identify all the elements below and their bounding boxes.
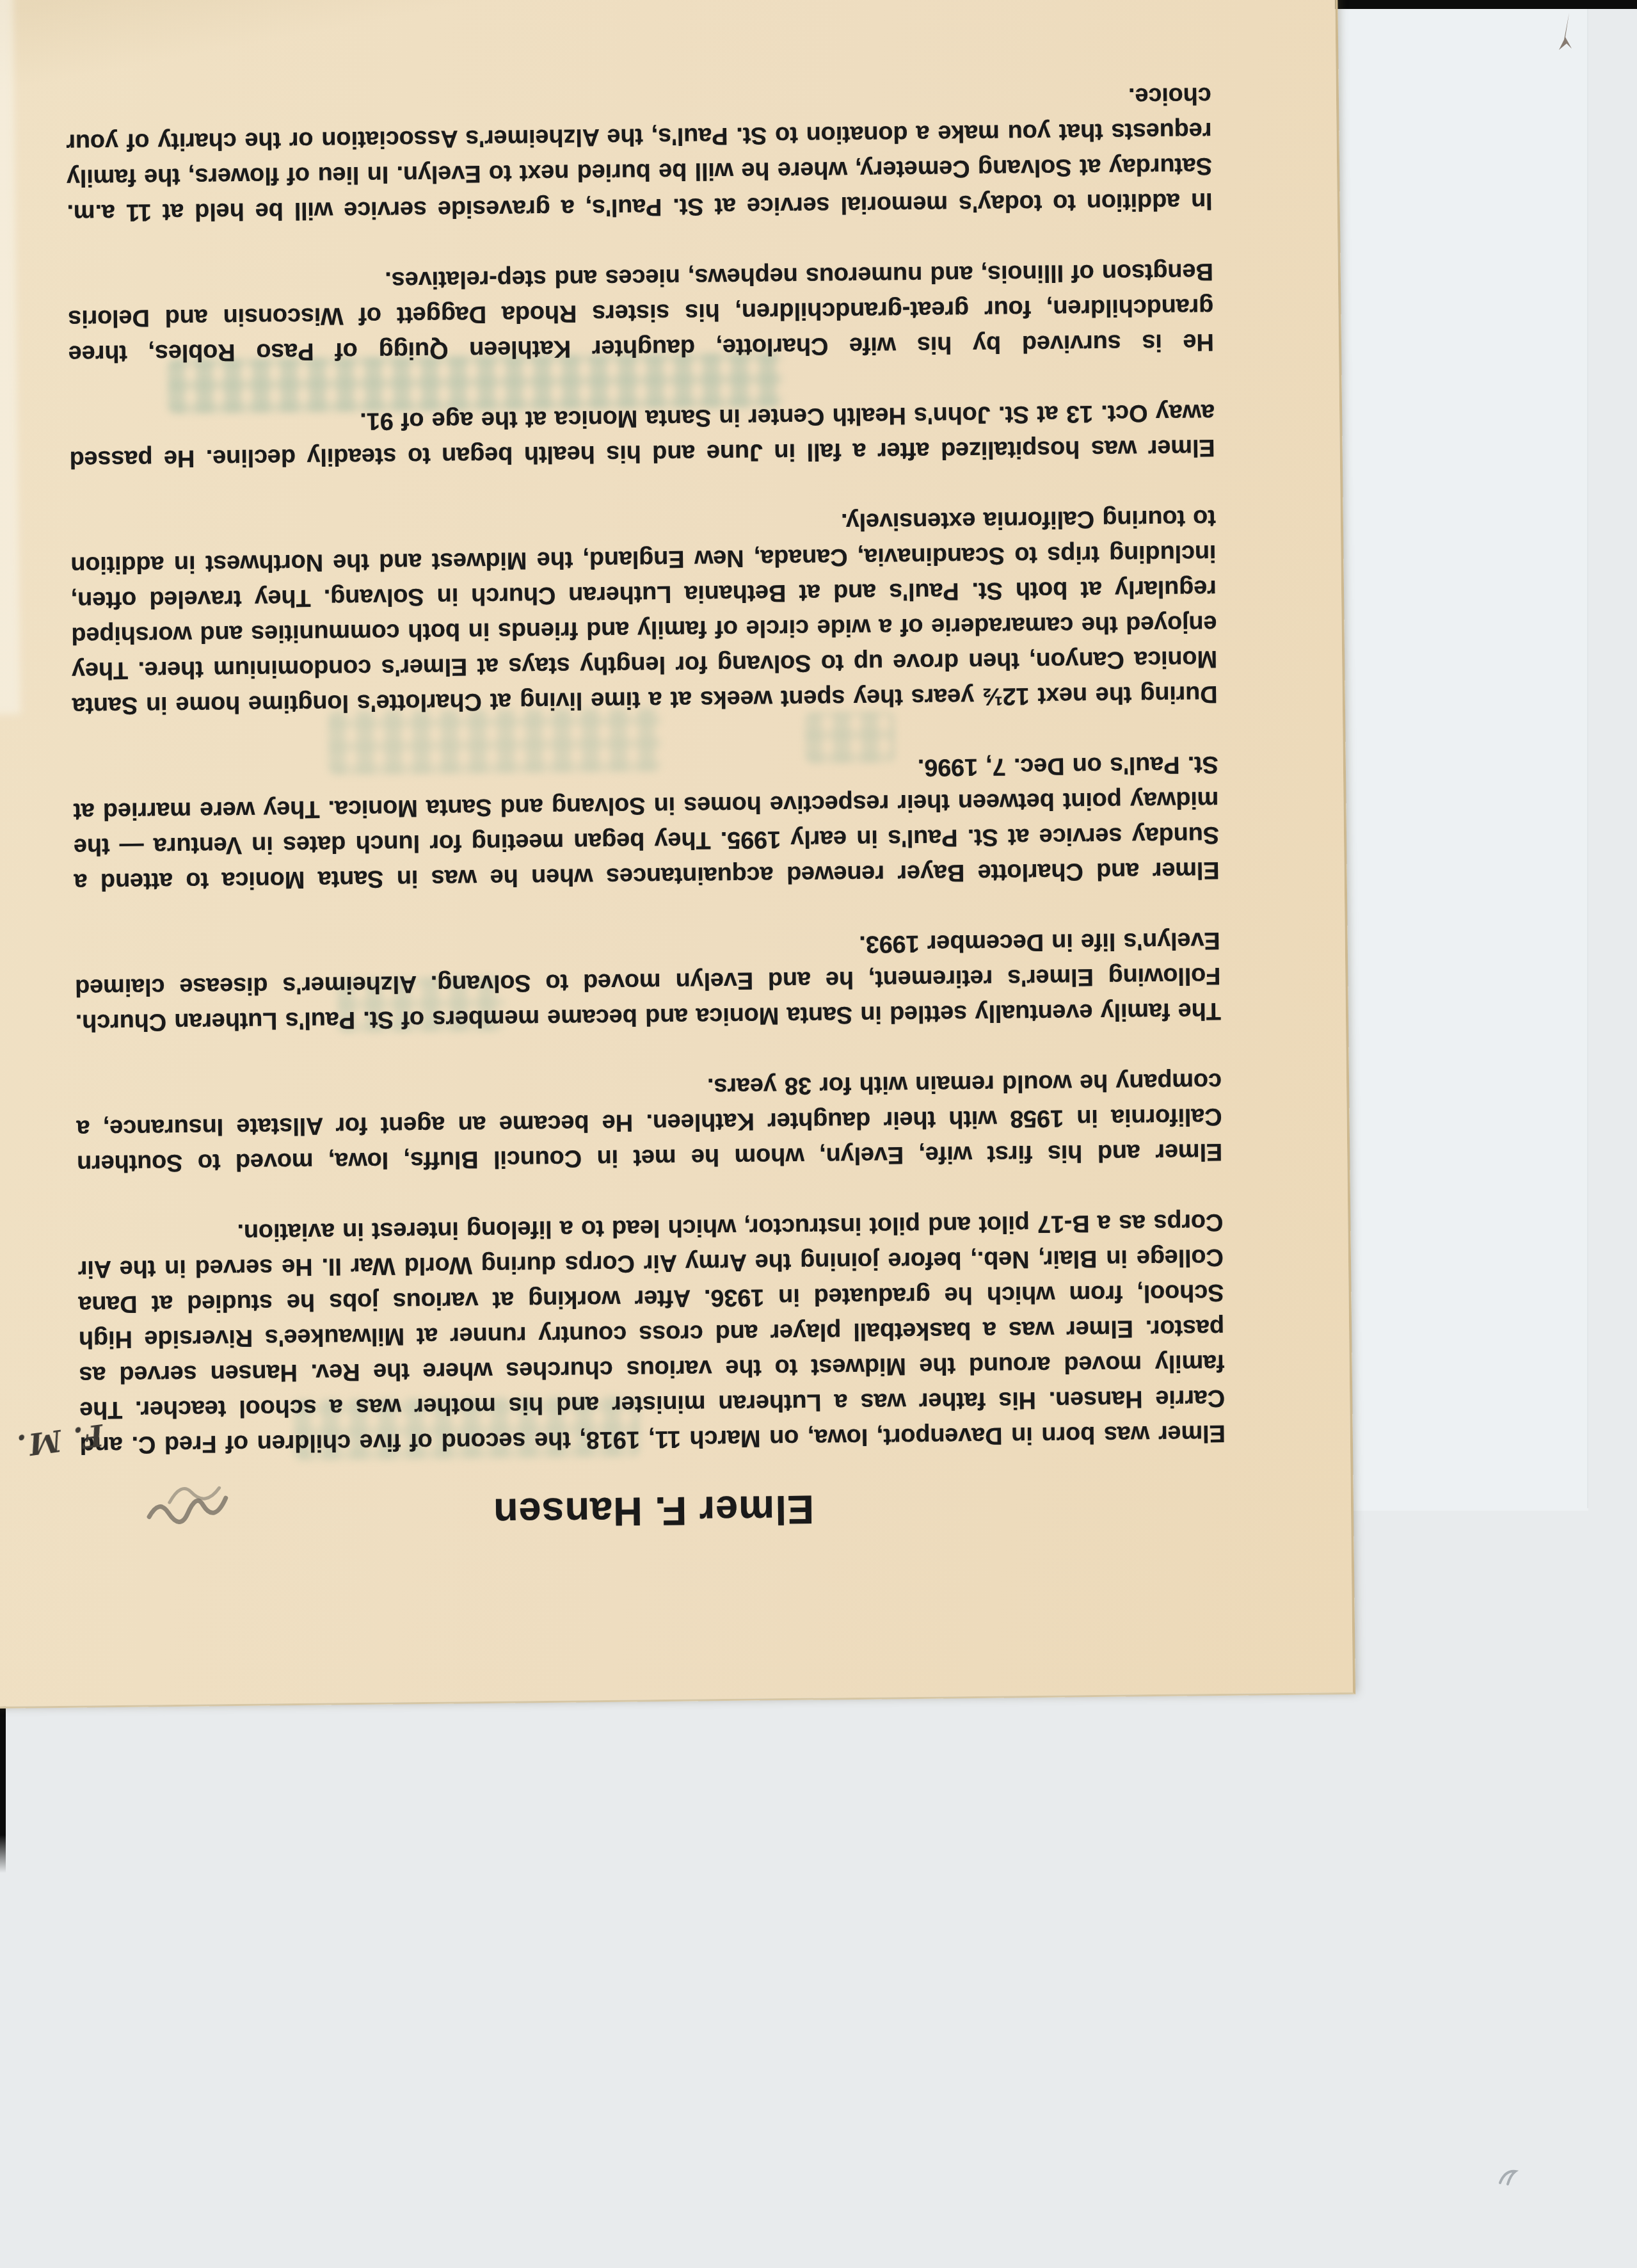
- obituary-paragraph-survivors: He is survived by his wife Charlotte, da…: [68, 253, 1215, 371]
- obituary-paragraph-birth-early-life: Elmer was born in Davenport, Iowa, on Ma…: [77, 1204, 1226, 1463]
- page-content: Elmer F. Hansen Elmer was born in Davenp…: [0, 0, 1353, 1707]
- scan-background: Elmer F. Hansen Elmer was born in Davenp…: [0, 0, 1637, 2268]
- backing-sheet-edge: [1587, 0, 1588, 1508]
- obituary-paragraph-santa-monica-solvang: The family eventually settled in Santa M…: [75, 922, 1222, 1040]
- pen-mark-top-right: [1550, 12, 1581, 57]
- obituary-paragraph-move-to-california: Elmer and his first wife, Evelyn, whom h…: [76, 1063, 1223, 1181]
- scanner-bed-strip-top: [1326, 0, 1637, 9]
- obituary-paragraph-services: In addition to today's memorial service …: [66, 77, 1213, 230]
- backing-sheet: [1325, 0, 1588, 1511]
- obituary-paragraph-charlotte-marriage: Elmer and Charlotte Bayer renewed acquai…: [73, 746, 1220, 899]
- obituary-paragraph-death: Elmer was hospitalized after a fall in J…: [69, 394, 1215, 477]
- obituary-page: Elmer F. Hansen Elmer was born in Davenp…: [0, 0, 1355, 1709]
- smudge-bottom-right: [1496, 2166, 1522, 2191]
- pencil-scribble: [110, 1469, 239, 1544]
- obituary-title: Elmer F. Hansen: [81, 1479, 1227, 1543]
- obituary-paragraph-later-years: During the next 12½ years they spent wee…: [70, 500, 1218, 723]
